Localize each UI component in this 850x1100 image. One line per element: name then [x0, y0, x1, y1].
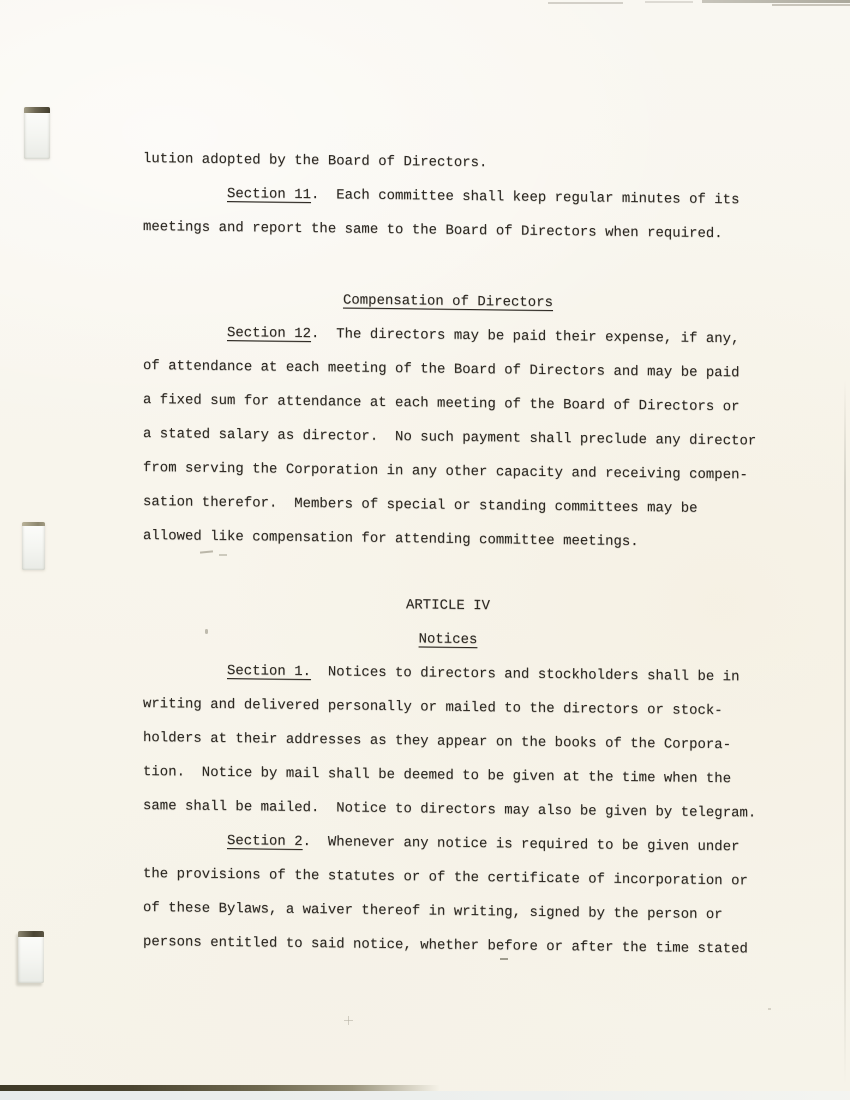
text-run: writing and delivered personally or mail…	[143, 696, 723, 719]
scanner-background-strip	[0, 1091, 850, 1100]
text-run: from serving the Corporation in any othe…	[143, 460, 748, 483]
underlined-text: Notices	[419, 631, 478, 648]
scan-mark-top-edge	[702, 0, 850, 3]
text-line: meetings and report the same to the Boar…	[143, 210, 779, 252]
scan-speck	[768, 1008, 771, 1010]
punch-hole-middle	[22, 522, 45, 570]
text-run: Notices to directors and stockholders sh…	[311, 664, 739, 685]
scan-speck	[348, 1016, 349, 1025]
text-run: the provisions of the statutes or of the…	[143, 866, 748, 889]
scan-speck	[500, 958, 508, 960]
scan-speck	[205, 629, 208, 634]
text-run: sation therefor. Members of special or s…	[143, 494, 698, 517]
underlined-text: Compensation of Directors	[343, 292, 553, 311]
scan-speck	[219, 554, 227, 556]
punch-hole-top	[24, 107, 50, 159]
text-run: same shall be mailed. Notice to director…	[143, 798, 756, 821]
document-text: lution adopted by the Board of Directors…	[143, 142, 779, 967]
text-run: of these Bylaws, a waiver thereof in wri…	[143, 900, 723, 923]
scan-mark-top-edge	[772, 4, 850, 6]
text-run: a fixed sum for attendance at each meeti…	[143, 392, 740, 415]
text-run: . Each committee shall keep regular minu…	[311, 187, 739, 208]
page-edge-right	[844, 380, 846, 1085]
text-run: of attendance at each meeting of the Boa…	[143, 358, 740, 381]
text-run: . The directors may be paid their expens…	[311, 326, 739, 347]
scanned-page: lution adopted by the Board of Directors…	[0, 0, 850, 1100]
punch-hole-bottom	[18, 931, 44, 983]
text-run: ARTICLE IV	[406, 597, 490, 614]
text-line: persons entitled to said notice, whether…	[143, 925, 779, 967]
text-run: a stated salary as director. No such pay…	[143, 426, 756, 449]
underlined-text: Section 11	[227, 186, 311, 203]
text-run: tion. Notice by mail shall be deemed to …	[143, 764, 731, 787]
underlined-text: Section 12	[227, 325, 311, 342]
underlined-text: Section 1.	[227, 663, 311, 680]
text-run: meetings and report the same to the Boar…	[143, 219, 723, 242]
scan-mark-top-edge	[548, 2, 623, 4]
text-run: lution adopted by the Board of Directors…	[143, 151, 487, 171]
text-run: allowed like compensation for attending …	[143, 528, 639, 550]
text-run: . Whenever any notice is required to be …	[303, 834, 740, 855]
text-run: holders at their addresses as they appea…	[143, 730, 731, 753]
text-run: persons entitled to said notice, whether…	[143, 934, 748, 957]
underlined-text: Section 2	[227, 833, 303, 850]
scan-mark-top-edge	[645, 1, 693, 3]
